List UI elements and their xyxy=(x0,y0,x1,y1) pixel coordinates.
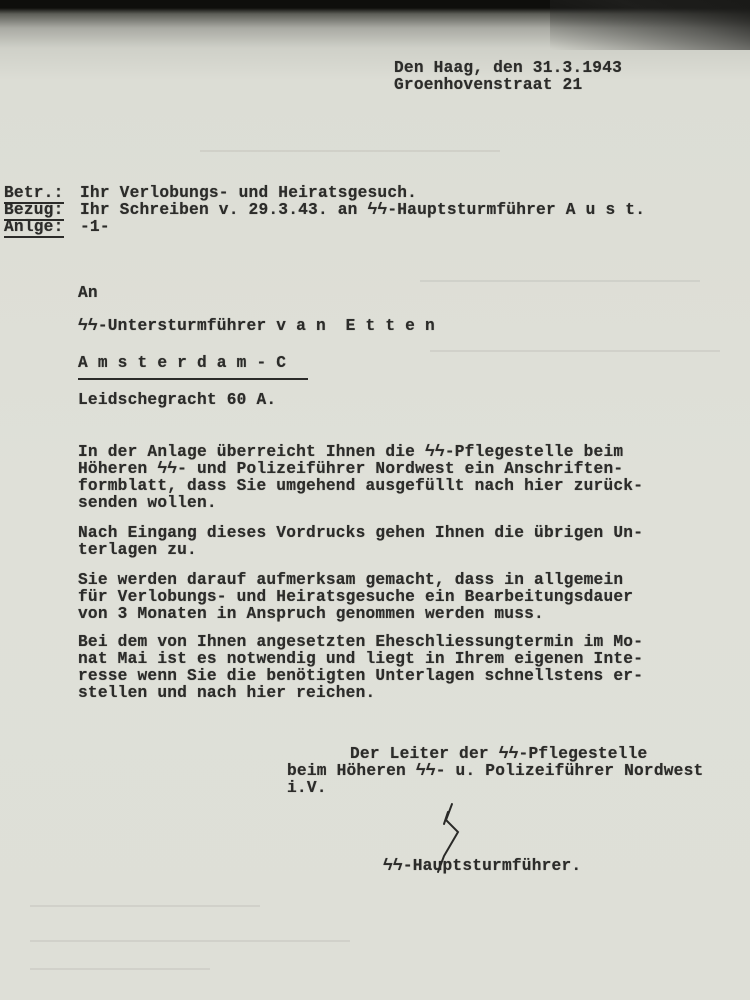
signature-line-3: i.V. xyxy=(287,780,327,797)
ref-text-anlage: -1- xyxy=(80,219,110,236)
recipient-salutation: An xyxy=(78,285,98,302)
scan-shadow xyxy=(550,0,750,50)
signature-line-1: Der Leiter der ϟϟ-Pflegestelle xyxy=(350,746,647,763)
ref-label-bezug: Bezug: xyxy=(4,202,64,219)
ref-text-betr: Ihr Verlobungs- und Heiratsgesuch. xyxy=(80,185,417,202)
ref-label-anlage: Anlge: xyxy=(4,219,64,236)
place-date: Den Haag, den 31.3.1943 xyxy=(394,60,622,77)
recipient-city: A m s t e r d a m - C xyxy=(78,355,286,372)
document-page: Den Haag, den 31.3.1943 Groenhovenstraat… xyxy=(0,0,750,1000)
sender-address: Groenhovenstraat 21 xyxy=(394,77,582,94)
city-underline xyxy=(78,378,308,380)
recipient-name: ϟϟ-Untersturmführer v a n E t t e n xyxy=(78,318,435,335)
recipient-street: Leidschegracht 60 A. xyxy=(78,392,276,409)
signature-rank: ϟϟ-Hauptsturmführer. xyxy=(383,858,581,875)
ref-text-bezug: Ihr Schreiben v. 29.3.43. an ϟϟ-Hauptstu… xyxy=(80,202,645,219)
signature-line-2: beim Höheren ϟϟ- u. Polizeiführer Nordwe… xyxy=(287,763,703,780)
ref-label-betr: Betr.: xyxy=(4,185,64,202)
